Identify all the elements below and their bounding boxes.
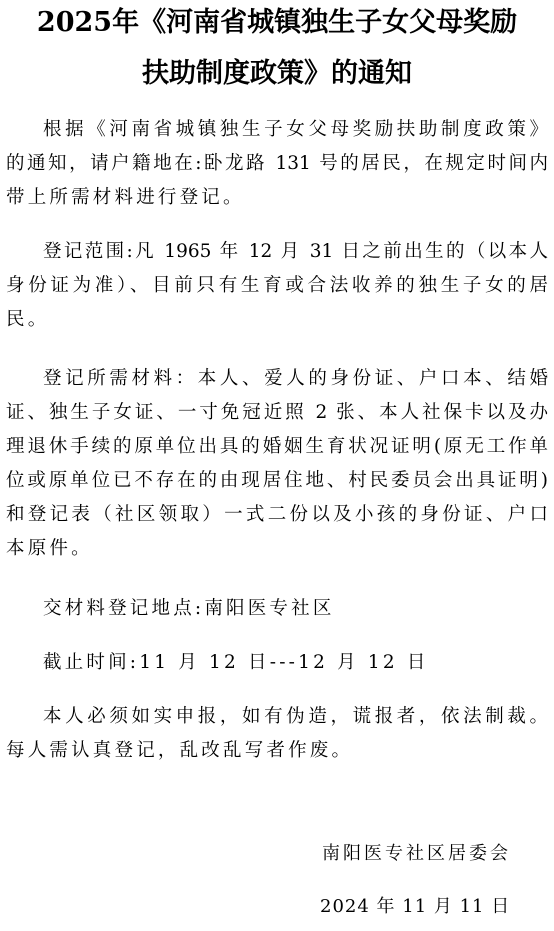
paragraph-line: 的通知，请户籍地在:卧龙路 131 号的居民，在规定时间内 bbox=[6, 152, 548, 176]
paragraph-line: 登记范围:凡 1965 年 12 月 31 日之前出生的（以本人 bbox=[43, 240, 548, 264]
paragraph-line: 民。 bbox=[6, 308, 548, 332]
paragraph-line: 交材料登记地点:南阳医专社区 bbox=[43, 597, 548, 621]
paragraph-line: 根据《河南省城镇独生子女父母奖励扶助制度政策》 bbox=[43, 118, 548, 142]
paragraph-line: 本人必须如实申报，如有伪造，谎报者，依法制裁。 bbox=[43, 705, 548, 729]
paragraph-line: 和登记表（社区领取）一式二份以及小孩的身份证、户口 bbox=[6, 503, 548, 527]
paragraph-line: 登记所需材料：本人、爱人的身份证、户口本、结婚 bbox=[43, 367, 548, 391]
paragraph-line: 带上所需材料进行登记。 bbox=[6, 186, 548, 210]
document-title-line-2: 扶助制度政策》的通知 bbox=[0, 57, 554, 91]
signature-organization: 南阳医专社区居委会 bbox=[322, 842, 511, 866]
paragraph-line: 理退休手续的原单位出具的婚姻生育状况证明(原无工作单 bbox=[6, 435, 548, 459]
paragraph-line: 截止时间:11 月 12 日---12 月 12 日 bbox=[43, 651, 548, 675]
paragraph-line: 证、独生子女证、一寸免冠近照 2 张、本人社保卡以及办 bbox=[6, 401, 548, 425]
paragraph-line: 位或原单位已不存在的由现居住地、村民委员会出具证明) bbox=[6, 469, 548, 493]
signature-date: 2024 年 11 月 11 日 bbox=[320, 895, 510, 919]
paragraph-line: 身份证为准）、目前只有生育或合法收养的独生子女的居 bbox=[6, 274, 548, 298]
paragraph-line: 本原件。 bbox=[6, 537, 548, 561]
document-title-line-1: 2025年《河南省城镇独生子女父母奖励 bbox=[0, 6, 554, 40]
paragraph-line: 每人需认真登记，乱改乱写者作废。 bbox=[6, 739, 548, 763]
